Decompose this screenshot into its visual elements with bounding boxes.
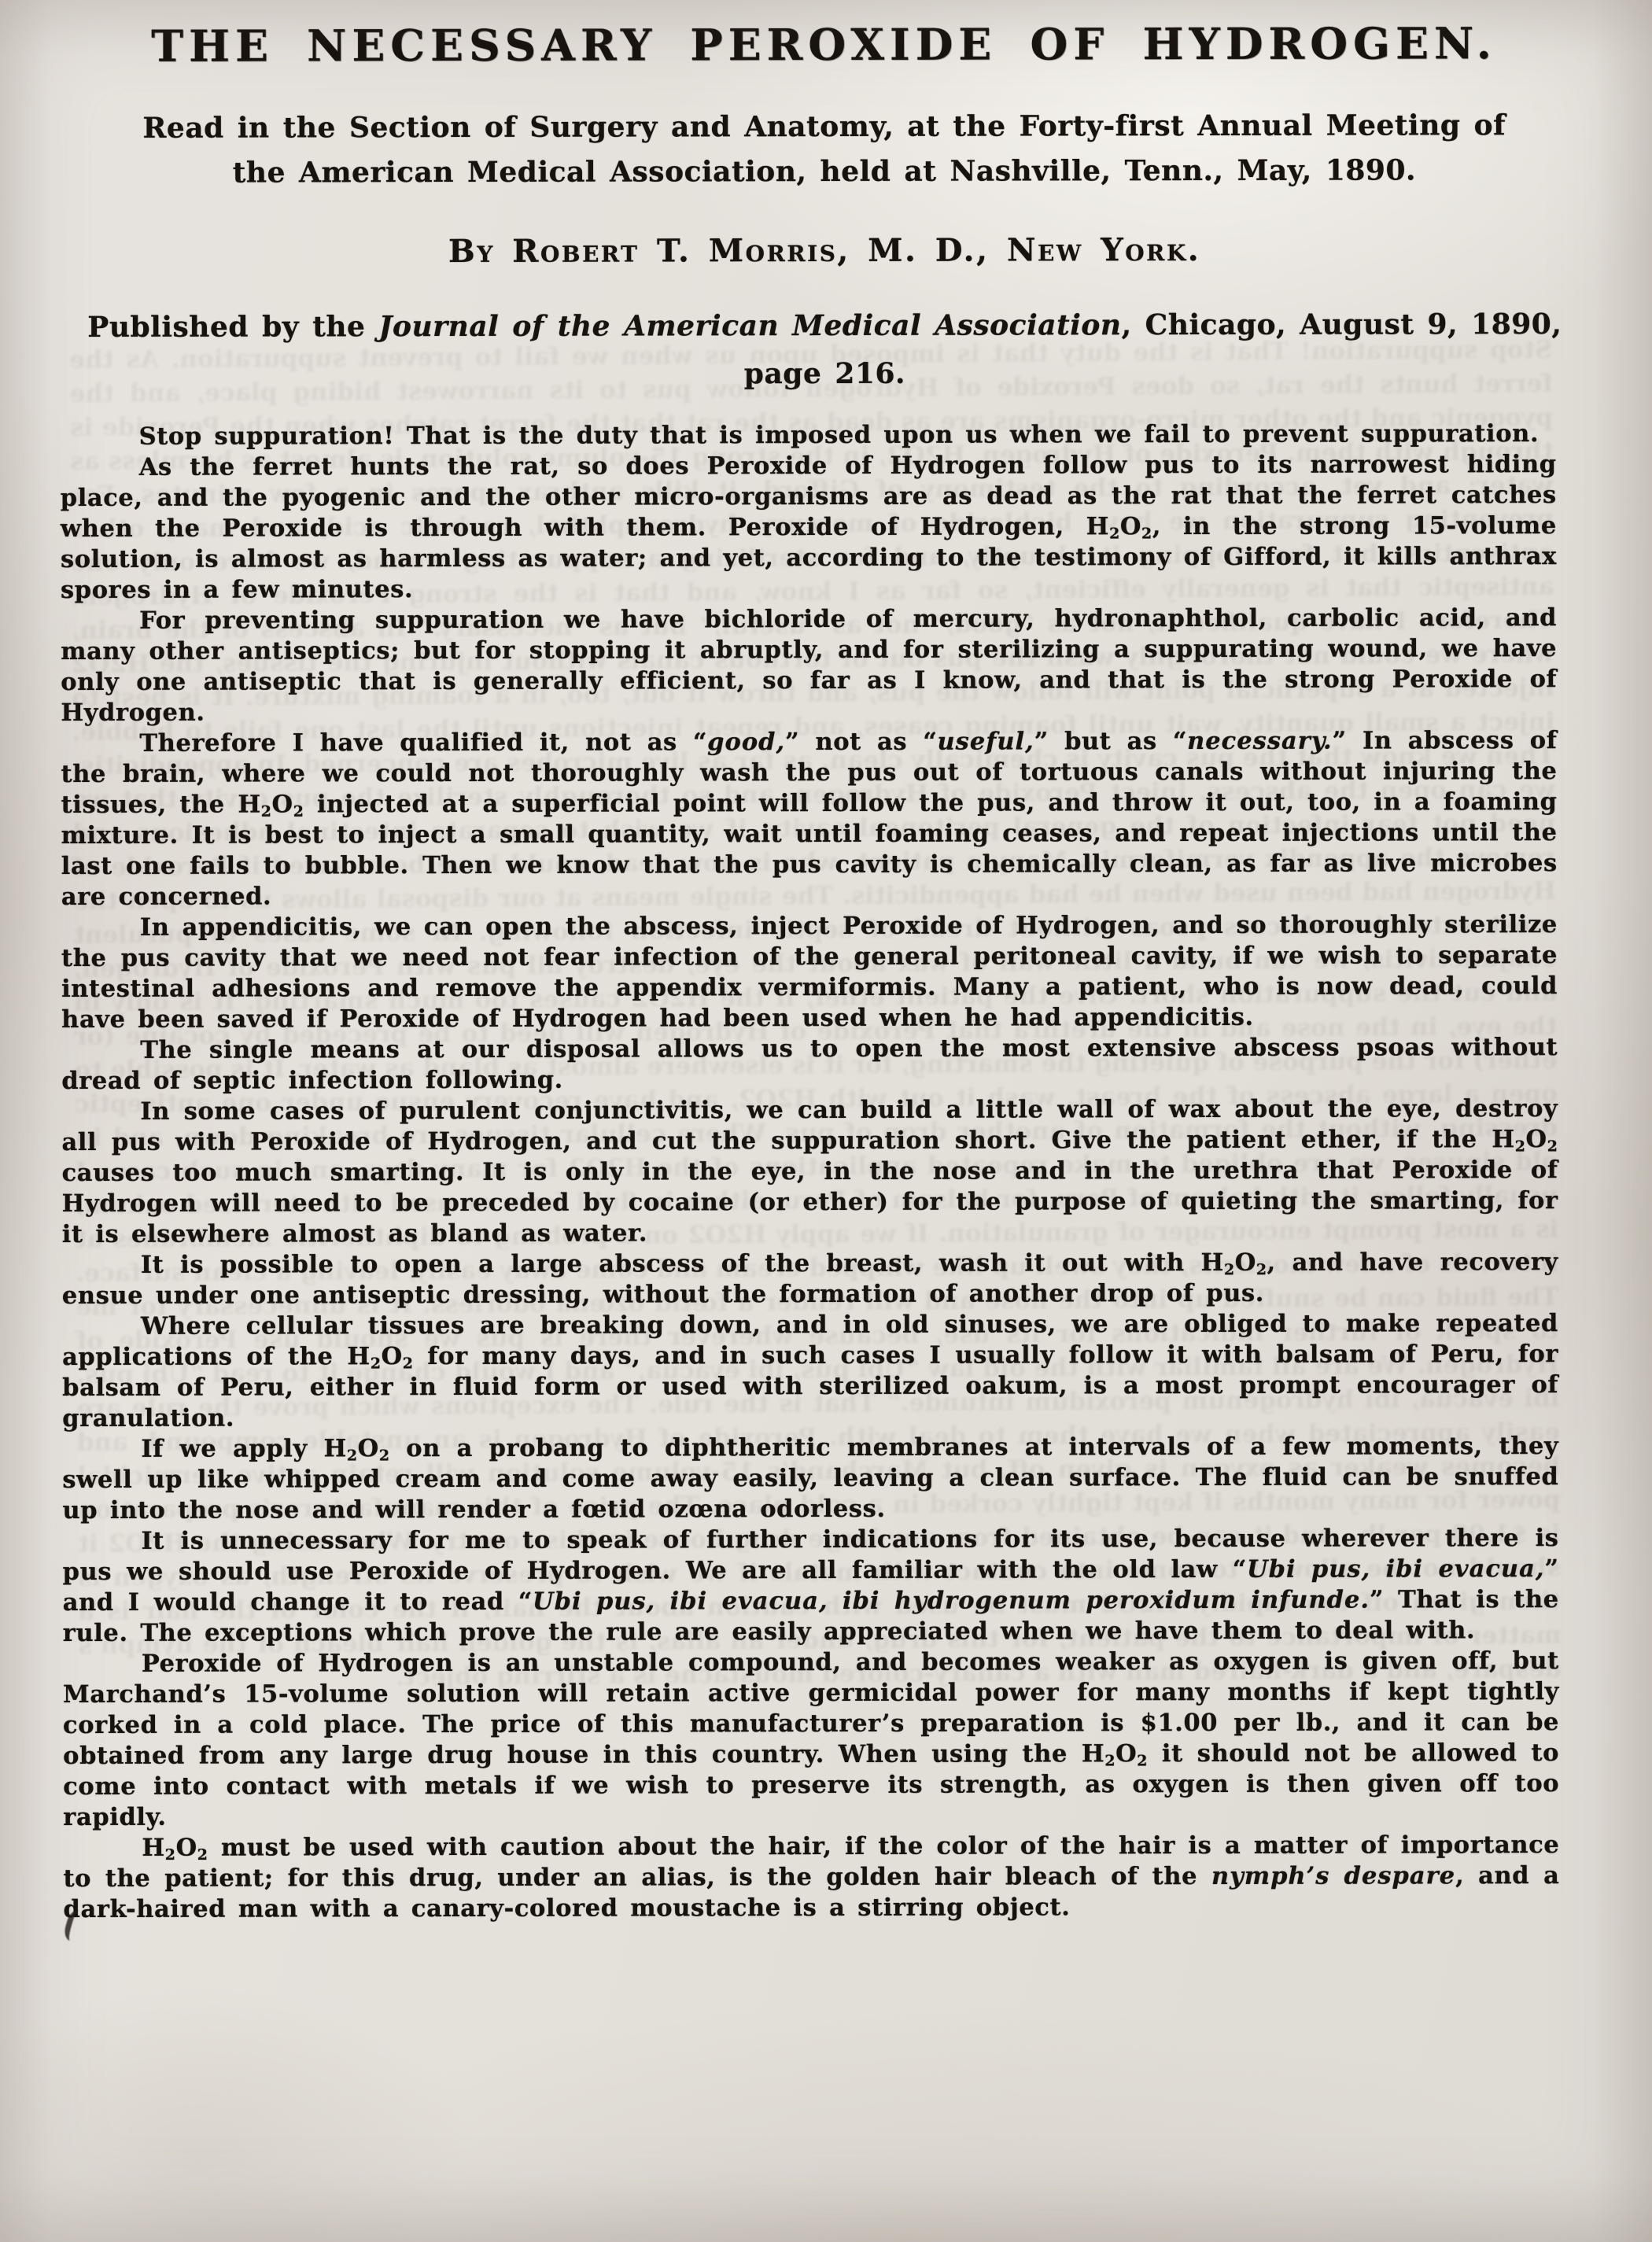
article: THE NECESSARY PEROXIDE OF HYDROGEN. Read… — [0, 0, 1652, 1925]
article-title: THE NECESSARY PEROXIDE OF HYDROGEN. — [0, 17, 1650, 72]
paragraph-12: Peroxide of Hydrogen is an unstable comp… — [63, 1646, 1559, 1833]
article-read-note: Read in the Section of Surgery and Anato… — [132, 103, 1517, 195]
paragraph-2: As the ferret hunts the rat, so does Per… — [61, 449, 1557, 606]
publication-note: Published by the Journal of the American… — [85, 301, 1564, 400]
paragraph-8: It is possible to open a large abscess o… — [62, 1247, 1558, 1311]
paragraph-3: For preventing suppuration we have bichl… — [61, 603, 1557, 728]
paragraph-10: If we apply H2O2 on a probang to diphthe… — [62, 1431, 1558, 1526]
paragraph-13: H2O2 must be used with caution about the… — [63, 1830, 1559, 1925]
paragraph-7: In some cases of purulent conjunctivitis… — [61, 1093, 1558, 1250]
paragraph-9: Where cellular tissues are breaking down… — [62, 1308, 1558, 1434]
paragraph-5: In appendicitis, we can open the abscess… — [61, 909, 1558, 1035]
article-header: THE NECESSARY PEROXIDE OF HYDROGEN. Read… — [0, 17, 1650, 400]
paragraph-4: Therefore I have qualified it, not as “g… — [61, 725, 1557, 913]
article-byline: By Robert T. Morris, M. D., New York. — [0, 230, 1650, 271]
article-body: Stop suppuration! That is the duty that … — [61, 419, 1560, 1925]
paragraph-1: Stop suppuration! That is the duty that … — [61, 419, 1557, 452]
paragraph-11: It is unnecessary for me to speak of fur… — [63, 1523, 1559, 1649]
scanned-document-page: Stop suppuration! That is the duty that … — [0, 0, 1652, 2242]
paragraph-6: The single means at our disposal allows … — [61, 1032, 1558, 1097]
